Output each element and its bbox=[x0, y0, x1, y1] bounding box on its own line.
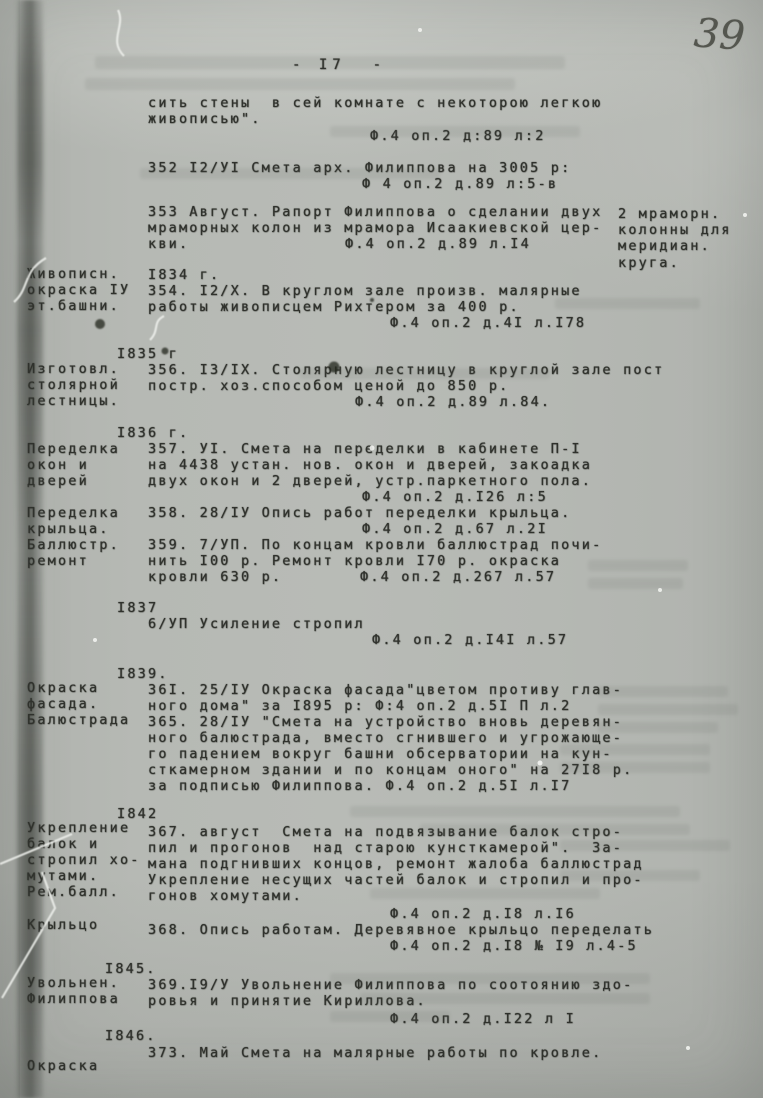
left-margin-note: эт.башни. bbox=[27, 298, 120, 314]
typed-line: Ф 4 оп.2 д.89 л:5-в bbox=[362, 176, 558, 192]
typed-line: мана подгнивших концов, ремонт жалоба ба… bbox=[148, 856, 644, 872]
typed-line: кровли 630 р. bbox=[148, 569, 282, 585]
typed-line: 357. УI. Смета на переделки в кабинете П… bbox=[148, 441, 582, 457]
typed-line: Ф.4 оп.2 д:89 л:2 bbox=[370, 128, 546, 144]
typed-line: гонов хомутами. bbox=[148, 888, 303, 904]
typed-line: I836 г. bbox=[117, 425, 189, 441]
left-margin-note: окон и bbox=[27, 457, 89, 473]
typed-line: 6/УП Усиление стропил bbox=[148, 616, 365, 632]
typed-line: пил и прогонов над старою кунсткамерой".… bbox=[148, 840, 623, 856]
left-margin-note: Окраска bbox=[27, 680, 99, 696]
left-margin-note: Окраска bbox=[27, 1058, 99, 1074]
typed-line: ровья и принятие Кириллова. bbox=[148, 993, 427, 1009]
typed-line: Ф.4 оп.2 д.89 л.84. bbox=[355, 394, 551, 410]
left-margin-note: Живописн. bbox=[27, 266, 120, 282]
left-margin-note: стропил хо- bbox=[27, 852, 141, 868]
typed-line: I839. bbox=[117, 666, 169, 682]
right-margin-note: круга. bbox=[618, 255, 680, 271]
typed-line: 367. август Смета на подвязывание балок … bbox=[148, 824, 623, 840]
left-margin-note: столярной bbox=[27, 377, 120, 393]
typed-line: постр. хоз.способом ценой до 850 р. bbox=[148, 378, 509, 394]
typed-line: I834 г. bbox=[148, 267, 220, 283]
typed-line: 353 Август. Рапорт Филиппова о сделании … bbox=[148, 204, 602, 220]
typed-line: 356. I3/IХ. Столярную лестницу в круглой… bbox=[148, 362, 664, 378]
typed-line: Ф.4 оп.2 д.I4I л.57 bbox=[372, 632, 568, 648]
typed-line: Ф.4 оп.2 д.I26 л:5 bbox=[362, 489, 548, 505]
typed-line: Ф.4 оп.2 д.267 л.57 bbox=[360, 569, 556, 585]
left-margin-note: Балюстрада bbox=[27, 712, 130, 728]
left-margin-note: Увольнен. bbox=[27, 975, 120, 991]
typed-line: 365. 28/IУ "Смета на устройство вновь де… bbox=[148, 714, 623, 730]
left-margin-note: фасада. bbox=[27, 696, 99, 712]
left-margin-note: ремонт bbox=[27, 553, 89, 569]
typed-text-layer: сить стены в сей комнате с некоторою лег… bbox=[0, 0, 763, 1098]
typed-line: живописью". bbox=[148, 111, 262, 127]
typed-line: сткамерном здании и по концам оного" на … bbox=[148, 762, 633, 778]
typed-line: работы живописцем Рихтером за 400 р. bbox=[148, 299, 520, 315]
handwritten-folio-number: 39 bbox=[692, 10, 746, 59]
left-margin-note: лестницы. bbox=[27, 393, 120, 409]
typed-line: 352 I2/УI Смета арх. Филиппова на 3005 р… bbox=[148, 160, 571, 176]
typed-line: Ф.4 оп.2 д.67 л.2I bbox=[362, 521, 548, 537]
typed-line: 359. 7/УП. По концам кровли баллюстрад п… bbox=[148, 537, 602, 553]
typed-line: 369.I9/У Увольнение Филиппова по соотоян… bbox=[148, 977, 633, 993]
typed-line: 373. Май Смета на малярные работы по кро… bbox=[148, 1045, 602, 1061]
left-margin-note: Крыльцо bbox=[27, 917, 99, 933]
typed-line: I837 bbox=[117, 600, 158, 616]
typed-line: Ф.4 оп.2 д.I8 № I9 л.4-5 bbox=[390, 938, 638, 954]
left-margin-note: Укрепление bbox=[27, 820, 130, 836]
left-margin-note: крыльца. bbox=[27, 521, 110, 537]
typed-line: ного дома" за I895 р: Ф:4 оп.2 д.5I П л.… bbox=[148, 698, 571, 714]
typed-line: двух окон и 2 дверей, устр.паркетного по… bbox=[148, 473, 592, 489]
typed-line: сить стены в сей комнате с некоторою лег… bbox=[148, 95, 602, 111]
left-margin-note: Рем.балл. bbox=[27, 884, 120, 900]
typed-line: Ф.4 оп.2 д.I22 л I bbox=[390, 1011, 576, 1027]
typed-line: 368. Опись работам. Деревявное крыльцо п… bbox=[148, 922, 654, 938]
right-margin-note: меридиан. bbox=[618, 238, 711, 254]
typed-line: Ф.4 оп.2 д.I8 л.I6 bbox=[390, 906, 576, 922]
typed-line: го падением вокруг башни обсерватории на… bbox=[148, 746, 613, 762]
left-margin-note: Баллюстр. bbox=[27, 537, 120, 553]
typed-line: I846. bbox=[105, 1028, 157, 1044]
scanned-archive-page: 39 - I7 - сить стены в сей комнате с нек… bbox=[0, 0, 763, 1098]
left-margin-note: балок и bbox=[27, 836, 99, 852]
left-margin-note: мутами. bbox=[27, 868, 99, 884]
typed-line: I835 г bbox=[117, 346, 179, 362]
left-margin-note: Переделка bbox=[27, 441, 120, 457]
typed-line: за подписью Филиппова. Ф.4 оп.2 д.5I л.I… bbox=[148, 778, 571, 794]
typed-line: кви. bbox=[148, 236, 189, 252]
typed-line: 354. I2/Х. В круглом зале произв. малярн… bbox=[148, 283, 582, 299]
typed-line: 36I. 25/IУ Окраска фасада"цветом противу… bbox=[148, 682, 623, 698]
typed-line: ного балюстрада, вместо сгнившего и угро… bbox=[148, 730, 623, 746]
typed-line: нить I00 р. Ремонт кровли I70 р. окраска bbox=[148, 553, 561, 569]
left-margin-note: Переделка bbox=[27, 505, 120, 521]
typed-line: 358. 28/IУ Опись работ переделки крыльца… bbox=[148, 505, 571, 521]
typed-line: мраморных колон из мрамора Исаакиевской … bbox=[148, 220, 602, 236]
left-margin-note: дверей bbox=[27, 473, 89, 489]
left-margin-note: Филиппова bbox=[27, 991, 120, 1007]
typed-line: Укрепление несущих частей балок и стропи… bbox=[148, 872, 644, 888]
right-margin-note: 2 мраморн. bbox=[618, 206, 721, 222]
right-margin-note: колонны для bbox=[618, 222, 732, 238]
typed-line: Ф.4 оп.2 д.89 л.I4 bbox=[345, 236, 531, 252]
typed-line: Ф.4 оп.2 д.4I л.I78 bbox=[390, 315, 586, 331]
left-margin-note: Изготовл. bbox=[27, 361, 120, 377]
typed-line: на 4438 устан. нов. окон и дверей, закоа… bbox=[148, 457, 592, 473]
left-margin-note: окраска IУ bbox=[27, 282, 130, 298]
